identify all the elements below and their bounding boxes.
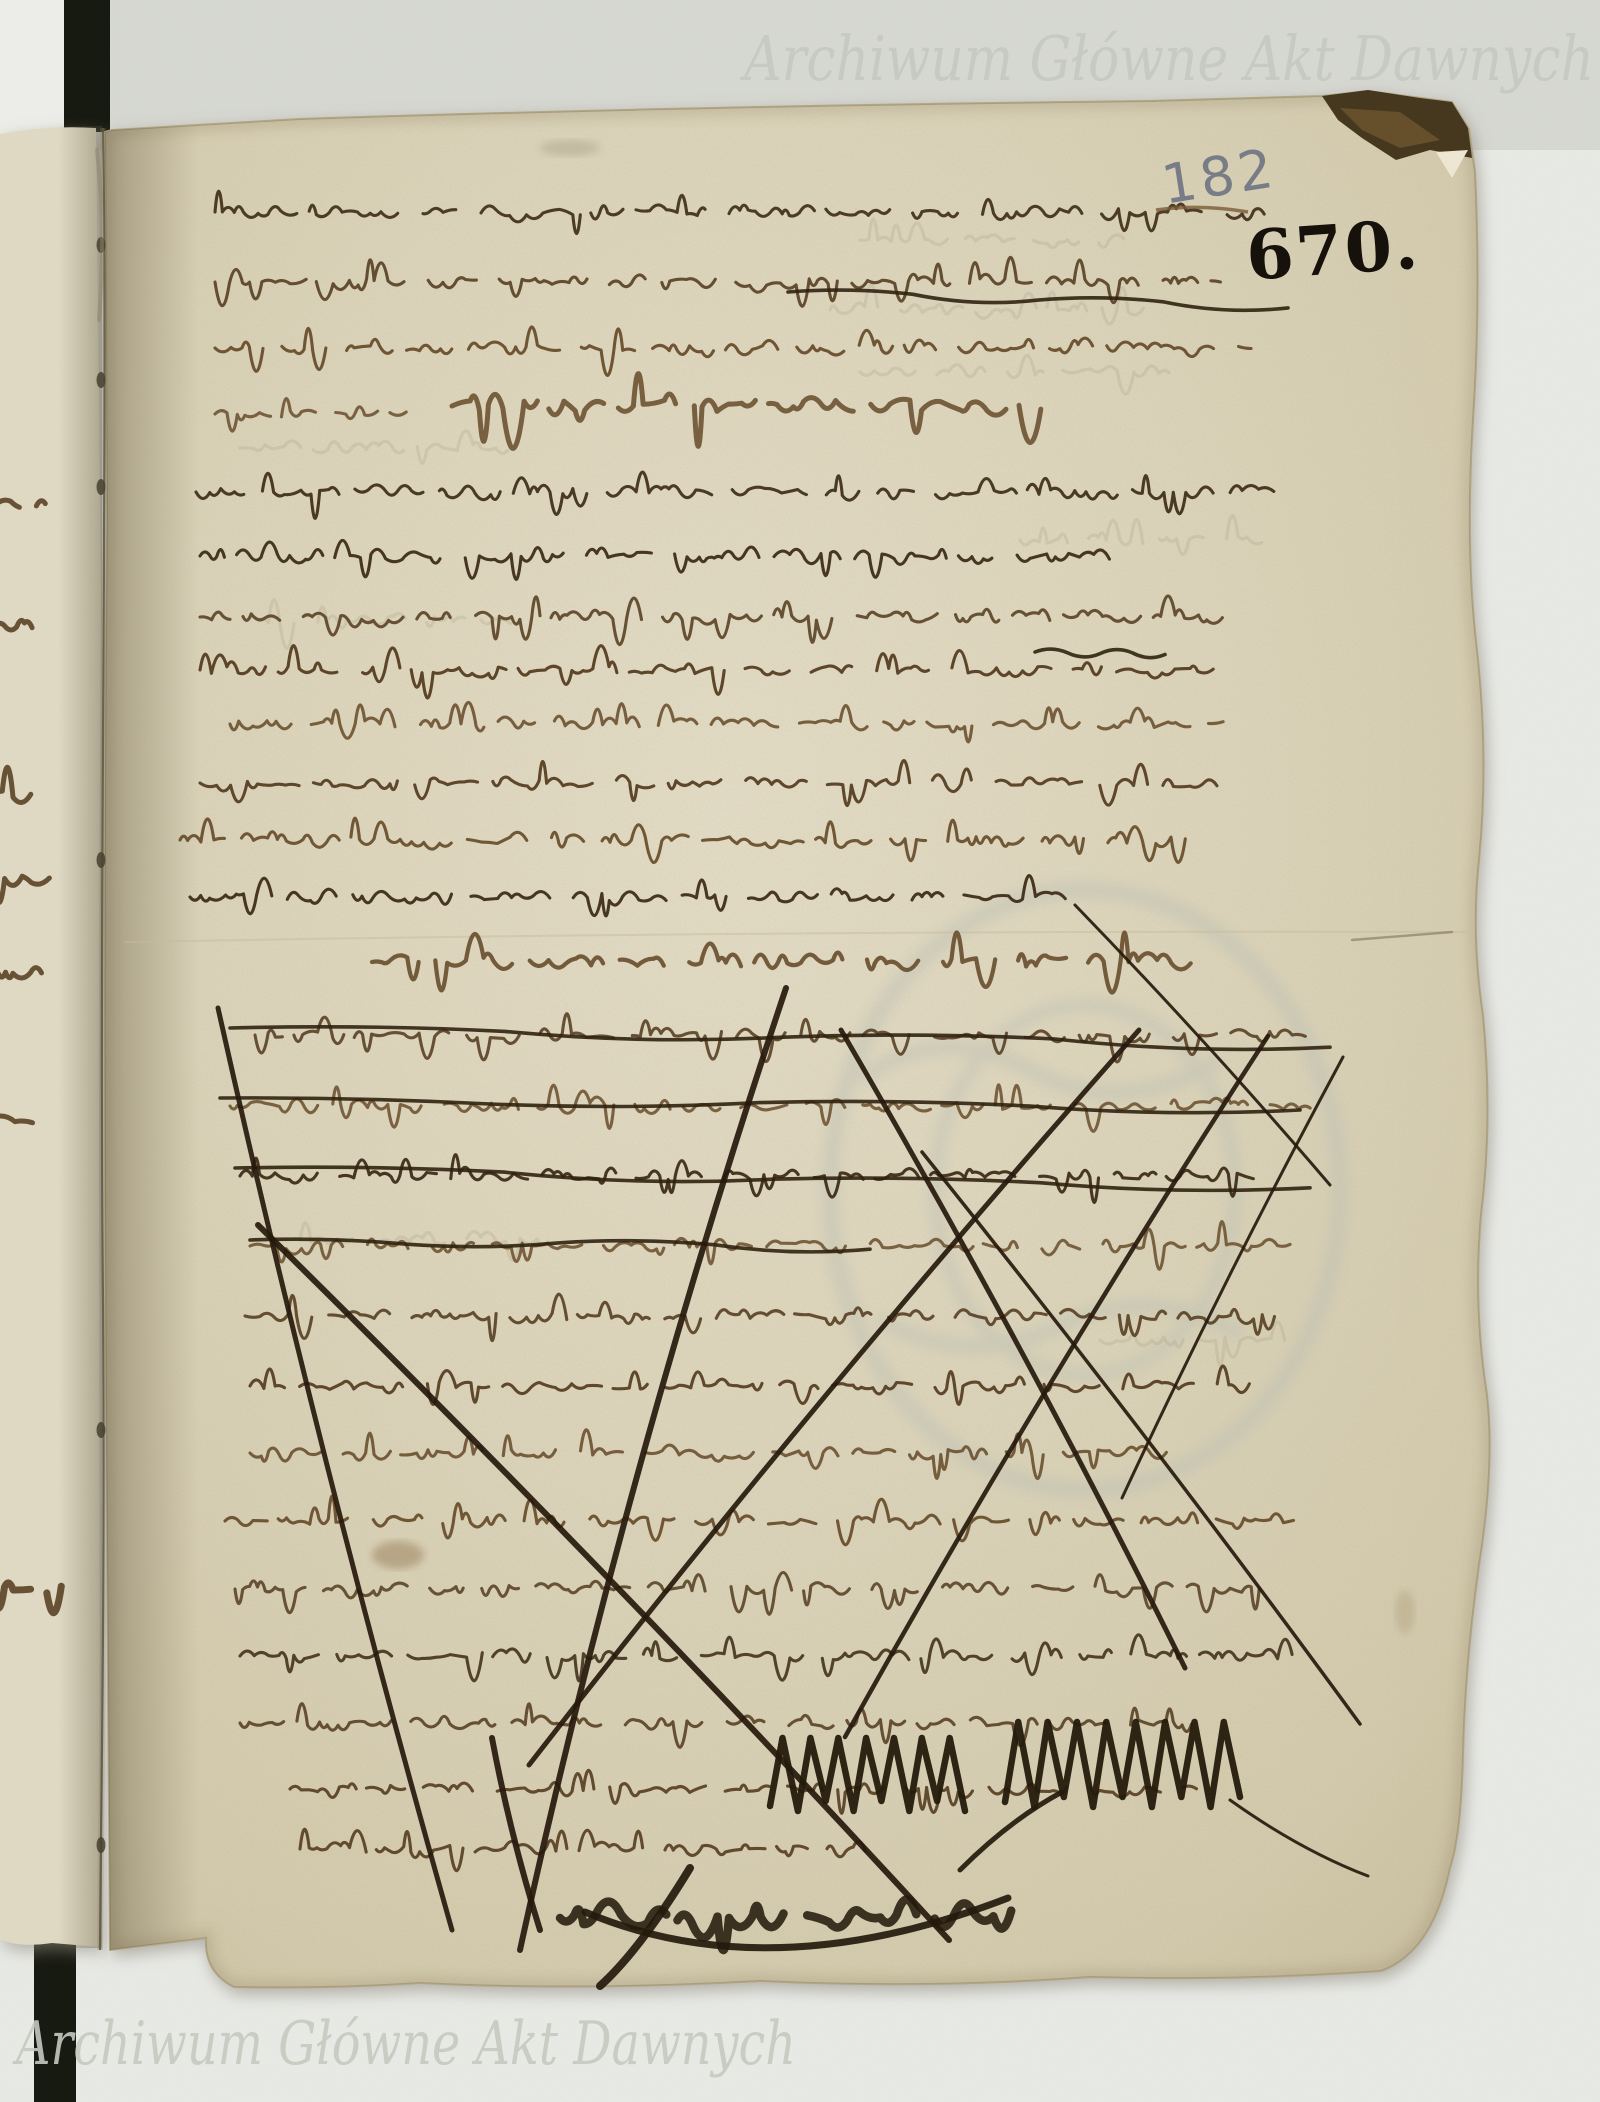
stain [1395, 1590, 1415, 1634]
folio-number-ink: 670. [1244, 205, 1423, 297]
watermark-bottom-left: Archiwum Główne Akt Dawnych [12, 2009, 796, 2079]
stitch-knot [97, 372, 106, 388]
stitch-knot [97, 852, 106, 868]
stain [372, 1541, 424, 1569]
manuscript-scan-page: 182 670. Archiwum Główne Akt Dawnych Arc… [0, 0, 1600, 2102]
stitch-knot [97, 479, 106, 495]
stitch-knot [97, 1422, 106, 1438]
scanned-document: 182 670. Archiwum Główne Akt Dawnych Arc… [0, 0, 1600, 2102]
stitch-knot [97, 1837, 106, 1853]
stain [540, 140, 600, 156]
watermark-top-right: Archiwum Główne Akt Dawnych [740, 22, 1594, 95]
